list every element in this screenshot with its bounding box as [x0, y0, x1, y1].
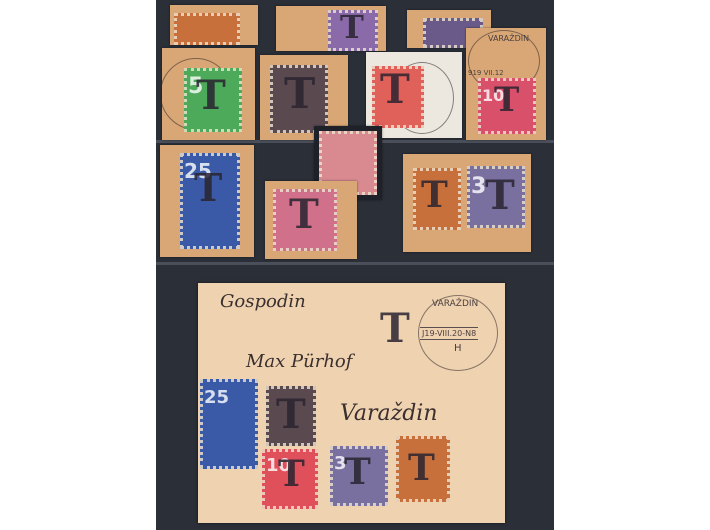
stamp-piece: T [276, 6, 386, 51]
stamp-piece: 5 T [162, 48, 255, 140]
stamp-piece: 25 T [160, 145, 254, 257]
album-strip [156, 262, 554, 265]
stamp-piece: T [265, 181, 357, 259]
postal-cover: Gospodin T VARAŽDIN J19-VIII.20-N8 H Max… [198, 283, 505, 523]
stamp-piece: T 3 T [403, 154, 531, 252]
stamp-piece: VARAŽDIN 919 VII.12 10 T [466, 28, 546, 140]
stamp-piece [170, 5, 258, 45]
stamp [174, 13, 240, 45]
